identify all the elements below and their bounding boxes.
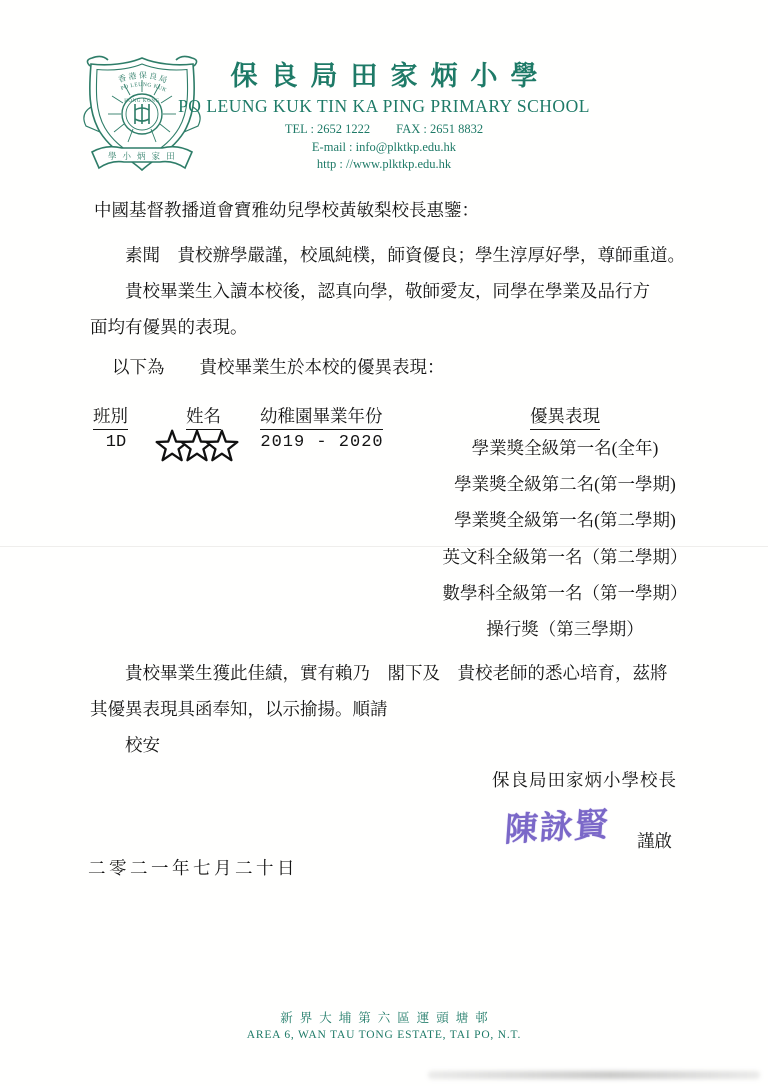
address-english: AREA 6, WAN TAU TONG ESTATE, TAI PO, N.T… <box>0 1029 768 1041</box>
award-item: 學業獎全級第一名(第二學期) <box>420 502 710 538</box>
address-chinese: 新界大埔第六區運頭塘邨 <box>7 1008 768 1026</box>
letter-date: 二零二一年七月二十日 <box>88 850 298 886</box>
award-item: 學業獎全級第一名(全年) <box>420 430 710 466</box>
letterhead: 保良局田家炳小學 PO LEUNG KUK TIN KA PING PRIMAR… <box>0 60 768 172</box>
principal-signature: 陳詠賢 <box>503 796 656 851</box>
award-item: 英文科全級第一名（第二學期） <box>420 539 710 575</box>
paragraph-2-line-1: 貴校畢業生入讀本校後，認真向學，敬師愛友，同學在學業及品行方 <box>90 273 650 309</box>
award-item: 數學科全級第一名（第一學期） <box>420 575 710 611</box>
signature-suffix: 謹啟 <box>637 823 672 859</box>
closing-line-1: 貴校畢業生獲此佳績，實有賴乃 閣下及 貴校老師的悉心培育，茲將 <box>90 655 668 691</box>
table-header-grad-year: 幼稚園畢業年份 <box>260 403 383 428</box>
scanned-letter-page: 香港保良局 PO LEUNG KUK HONG KONG 學小炳家田 保良局田家… <box>0 0 768 1086</box>
table-cell-class: 1D <box>93 433 139 452</box>
tel-fax-line: TEL : 2652 1222FAX : 2651 8832 <box>0 122 768 137</box>
awards-list: 學業獎全級第一名(全年) 學業獎全級第二名(第一學期) 學業獎全級第一名(第二學… <box>420 430 710 647</box>
school-name-chinese: 保良局田家炳小學 <box>13 60 768 92</box>
fax-label: FAX : 2651 8832 <box>396 122 483 136</box>
email-line: E-mail : info@plktkp.edu.hk <box>0 140 768 155</box>
paragraph-1: 素聞 貴校辦學嚴謹，校風純樸，師資優良；學生淳厚好學，尊師重道。 <box>90 237 685 273</box>
principal-title-line: 保良局田家炳小學校長 <box>492 762 677 798</box>
award-item: 操行獎（第三學期） <box>420 611 710 647</box>
website-line: http : //www.plktkp.edu.hk <box>0 157 768 172</box>
footer-address: 新界大埔第六區運頭塘邨 AREA 6, WAN TAU TONG ESTATE,… <box>0 1008 768 1041</box>
contact-block: TEL : 2652 1222FAX : 2651 8832 E-mail : … <box>0 122 768 172</box>
intro-line: 以下為 貴校畢業生於本校的優異表現： <box>112 349 445 385</box>
table-header-class: 班別 <box>93 403 128 428</box>
salutation-line: 中國基督教播道會寶雅幼兒學校黃敏梨校長惠鑒： <box>94 192 479 228</box>
closing-line-3: 校安 <box>90 727 160 763</box>
table-header-performance: 優異表現 <box>430 403 700 428</box>
tel-label: TEL : 2652 1222 <box>285 122 370 136</box>
closing-line-2: 其優異表現具函奉知，以示揄揚。順請 <box>90 691 388 727</box>
school-name-english: PO LEUNG KUK TIN KA PING PRIMARY SCHOOL <box>0 96 768 117</box>
table-header-name: 姓名 <box>186 403 221 428</box>
scan-artifact-smudge <box>428 1071 760 1079</box>
paragraph-2-line-2: 面均有優異的表現。 <box>90 309 248 345</box>
name-redaction-stars-icon <box>153 426 241 468</box>
award-item: 學業獎全級第二名(第一學期) <box>420 466 710 502</box>
table-cell-grad-year: 2019 - 2020 <box>252 433 392 452</box>
scan-artifact-line <box>0 546 768 547</box>
